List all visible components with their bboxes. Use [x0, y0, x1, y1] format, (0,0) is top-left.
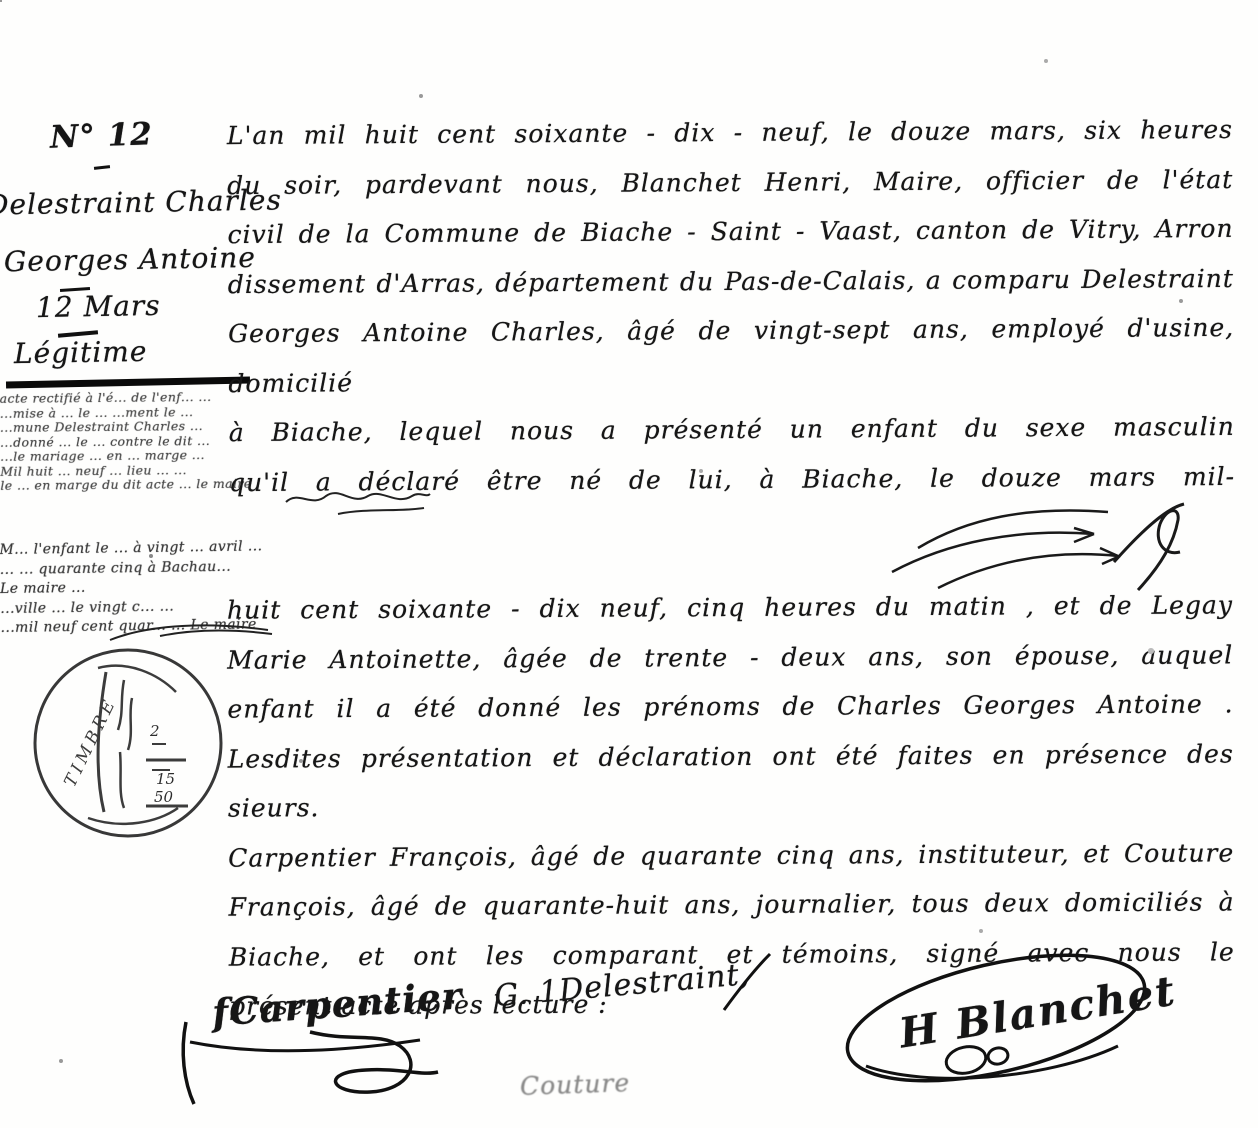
svg-text:15: 15	[156, 770, 175, 788]
margin-registrant-forenames: Georges Antoine	[4, 241, 256, 278]
svg-text:2: 2	[149, 722, 160, 740]
act-text-line: Marie Antoinette, âgée de trente - deux …	[227, 630, 1233, 685]
act-text-line: François, âgé de quarante-huit ans, jour…	[228, 877, 1234, 932]
act-text-line: huit cent soixante - dix neuf, cinq heur…	[227, 580, 1233, 635]
signature-carpentier-flourish	[170, 1012, 500, 1112]
act-text-line: du soir, pardevant nous, Blanchet Henri,…	[227, 154, 1233, 210]
svg-text:50: 50	[154, 788, 174, 806]
act-text-line: civil de la Commune de Biache - Saint - …	[227, 204, 1233, 260]
timbre-stamp-icon: TIMBRE 2 15 50	[28, 640, 228, 845]
underline-dash	[94, 165, 110, 170]
act-text-line: dissement d'Arras, département du Pas-de…	[228, 253, 1234, 309]
signature-delestraint-swash	[718, 948, 778, 1018]
heavy-ink-bar	[6, 376, 250, 388]
margin-birth-date: 12 Mars	[36, 289, 161, 324]
stamp-label: TIMBRE	[61, 694, 122, 790]
act-text-line: L'an mil huit cent soixante - dix - neuf…	[227, 105, 1233, 161]
margin-legitimacy-status: Légitime	[14, 335, 148, 370]
scanned-birth-record-page: N° 12 Delestraint Charles Georges Antoin…	[0, 0, 1258, 1128]
act-text-line: enfant il a été donné les prénoms de Cha…	[227, 679, 1233, 734]
signature-couture: Couture	[520, 1068, 631, 1101]
act-text-line: Carpentier François, âgé de quarante cin…	[228, 828, 1234, 883]
act-paragraph-1: L'an mil huit cent soixante - dix - neuf…	[227, 105, 1235, 507]
act-number: N° 12	[49, 116, 153, 156]
act-text-line: Georges Antoine Charles, âgé de vingt-se…	[228, 303, 1235, 408]
scan-noise-specks	[0, 0, 2, 2]
act-text-line: Lesdites présentation et déclaration ont…	[228, 729, 1235, 833]
act-text-line: à Biache, lequel nous a présenté un enfa…	[229, 402, 1235, 458]
